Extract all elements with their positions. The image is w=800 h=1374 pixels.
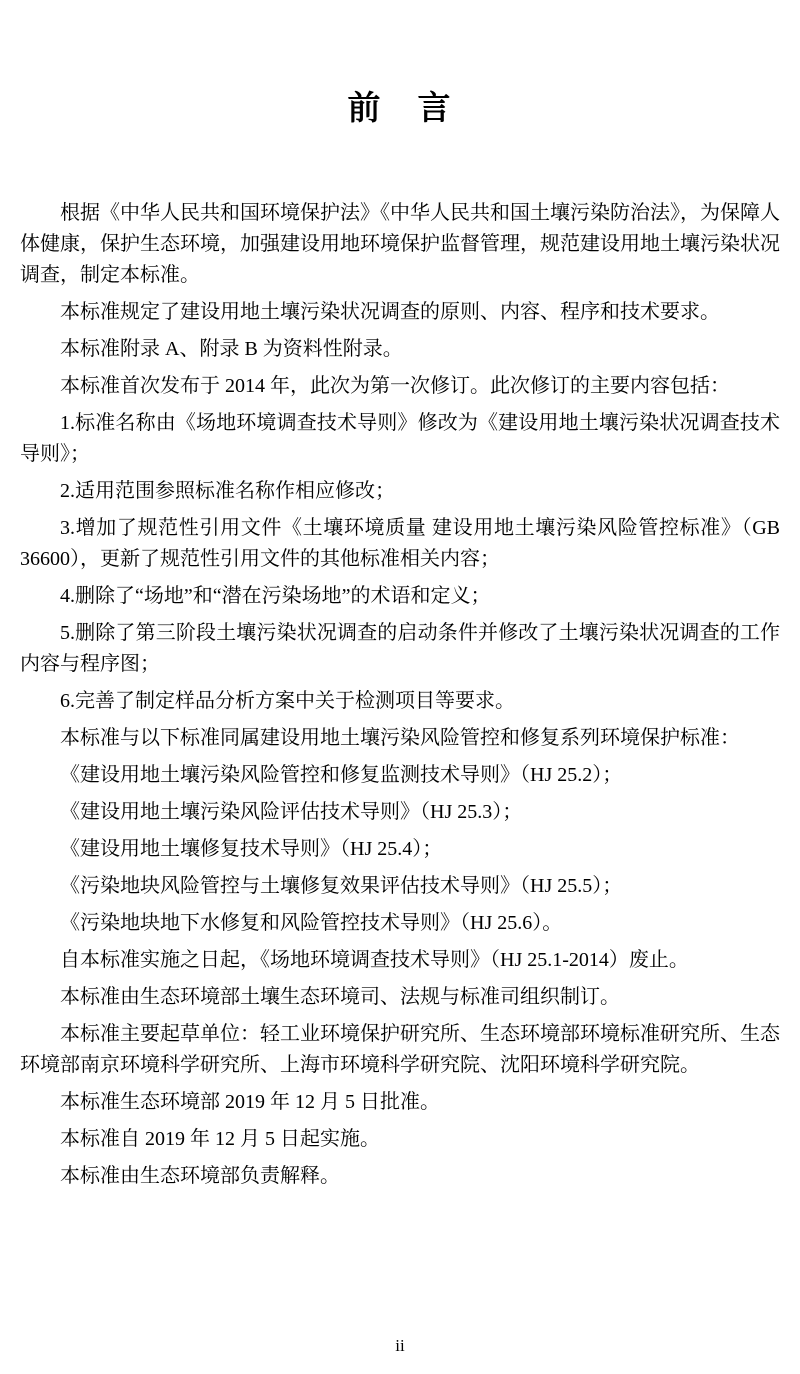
paragraph: 1.标准名称由《场地环境调查技术导则》修改为《建设用地土壤污染状况调查技术导则》… xyxy=(20,408,780,470)
paragraph: 本标准主要起草单位：轻工业环境保护研究所、生态环境部环境标准研究所、生态环境部南… xyxy=(20,1019,780,1081)
paragraph: 本标准生态环境部 2019 年 12 月 5 日批准。 xyxy=(20,1087,780,1118)
paragraph: 本标准由生态环境部负责解释。 xyxy=(20,1161,780,1192)
paragraph: 《建设用地土壤污染风险评估技术导则》（HJ 25.3）； xyxy=(20,797,780,828)
paragraph: 《建设用地土壤修复技术导则》（HJ 25.4）； xyxy=(20,834,780,865)
page-title: 前 言 xyxy=(0,0,800,128)
paragraph: 《污染地块地下水修复和风险管控技术导则》（HJ 25.6）。 xyxy=(20,908,780,939)
paragraph: 6.完善了制定样品分析方案中关于检测项目等要求。 xyxy=(20,686,780,717)
paragraph: 自本标准实施之日起，《场地环境调查技术导则》（HJ 25.1-2014）废止。 xyxy=(20,945,780,976)
paragraph: 本标准由生态环境部土壤生态环境司、法规与标准司组织制订。 xyxy=(20,982,780,1013)
paragraph: 《建设用地土壤污染风险管控和修复监测技术导则》（HJ 25.2）； xyxy=(20,760,780,791)
paragraph: 4.删除了“场地”和“潜在污染场地”的术语和定义； xyxy=(20,581,780,612)
paragraph: 3.增加了规范性引用文件《土壤环境质量 建设用地土壤污染风险管控标准》（GB 3… xyxy=(20,513,780,575)
paragraph: 本标准附录 A、附录 B 为资料性附录。 xyxy=(20,334,780,365)
paragraph: 5.删除了第三阶段土壤污染状况调查的启动条件并修改了土壤污染状况调查的工作内容与… xyxy=(20,618,780,680)
document-body: 根据《中华人民共和国环境保护法》《中华人民共和国土壤污染防治法》，为保障人体健康… xyxy=(20,198,780,1192)
paragraph: 本标准首次发布于 2014 年，此次为第一次修订。此次修订的主要内容包括： xyxy=(20,371,780,402)
paragraph: 本标准自 2019 年 12 月 5 日起实施。 xyxy=(20,1124,780,1155)
page-number: ii xyxy=(0,1336,800,1356)
paragraph: 《污染地块风险管控与土壤修复效果评估技术导则》（HJ 25.5）； xyxy=(20,871,780,902)
paragraph: 本标准规定了建设用地土壤污染状况调查的原则、内容、程序和技术要求。 xyxy=(20,297,780,328)
paragraph: 根据《中华人民共和国环境保护法》《中华人民共和国土壤污染防治法》，为保障人体健康… xyxy=(20,198,780,291)
paragraph: 本标准与以下标准同属建设用地土壤污染风险管控和修复系列环境保护标准： xyxy=(20,723,780,754)
paragraph: 2.适用范围参照标准名称作相应修改； xyxy=(20,476,780,507)
document-page: 前 言 根据《中华人民共和国环境保护法》《中华人民共和国土壤污染防治法》，为保障… xyxy=(0,0,800,1374)
